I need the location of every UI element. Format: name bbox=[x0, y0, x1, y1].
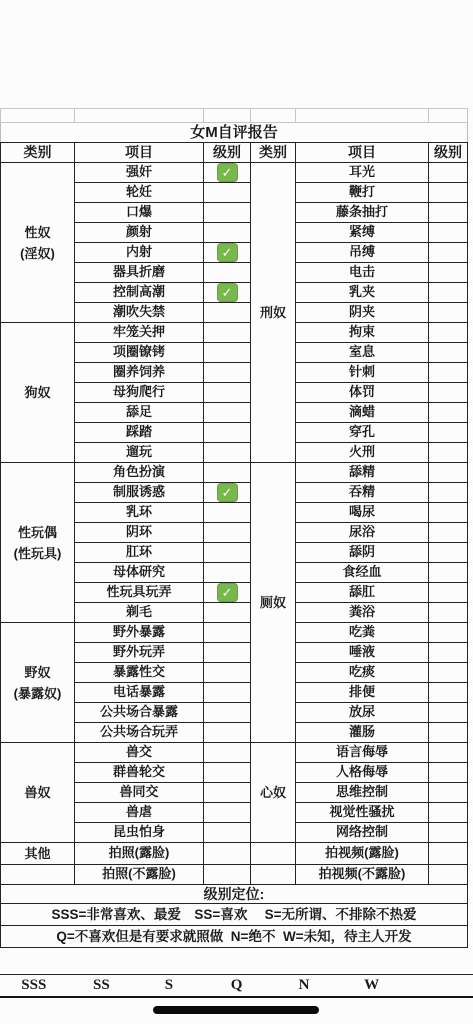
item-cell-right: 乳夹 bbox=[296, 283, 429, 303]
level-cell-right bbox=[429, 703, 468, 723]
page-title: 女M自评报告 bbox=[1, 123, 468, 143]
level-cell-right bbox=[429, 383, 468, 403]
level-cell-left bbox=[204, 343, 251, 363]
level-cell-right bbox=[429, 643, 468, 663]
level-cell-left: ✓ bbox=[204, 243, 251, 263]
self-evaluation-sheet: 女M自评报告 类别 项目 级别 类别 项目 级别 性奴(淫奴)强奸✓刑奴耳光轮妊… bbox=[0, 108, 467, 948]
level-cell-right bbox=[429, 323, 468, 343]
level-code-w: W bbox=[338, 977, 406, 994]
item-cell-right: 耳光 bbox=[296, 163, 429, 183]
table-row: 拍照(不露脸)拍视频(不露脸) bbox=[1, 865, 468, 885]
check-icon: ✓ bbox=[217, 283, 238, 302]
level-cell-right bbox=[429, 423, 468, 443]
level-cell-left bbox=[204, 763, 251, 783]
item-cell-left: 圈养饲养 bbox=[75, 363, 204, 383]
level-cell-right bbox=[429, 823, 468, 843]
spacer-cell bbox=[251, 109, 296, 123]
item-cell-left: 控制高潮 bbox=[75, 283, 204, 303]
level-cell-right bbox=[429, 723, 468, 743]
item-cell-right: 拍视频(不露脸) bbox=[296, 865, 429, 885]
item-cell-left: 内射 bbox=[75, 243, 204, 263]
item-cell-left: 兽同交 bbox=[75, 783, 204, 803]
table-row: 野奴(暴露奴)野外暴露吃粪 bbox=[1, 623, 468, 643]
item-cell-right: 视觉性骚扰 bbox=[296, 803, 429, 823]
column-header-category-right: 类别 bbox=[251, 143, 296, 163]
item-cell-left: 群兽轮交 bbox=[75, 763, 204, 783]
check-icon: ✓ bbox=[217, 163, 238, 182]
level-cell-right bbox=[429, 203, 468, 223]
level-cell-left bbox=[204, 523, 251, 543]
column-header-level-right: 级别 bbox=[429, 143, 468, 163]
item-cell-left: 兽交 bbox=[75, 743, 204, 763]
legend-row-1: SSS=非常喜欢、最爱 SS=喜欢 S=无所谓、不排除不热爱 bbox=[1, 904, 468, 926]
item-cell-left: 潮吹失禁 bbox=[75, 303, 204, 323]
check-icon: ✓ bbox=[217, 483, 238, 502]
level-definition-row: 级别定位: bbox=[1, 885, 468, 904]
item-cell-right: 紧缚 bbox=[296, 223, 429, 243]
item-cell-left: 拍照(露脸) bbox=[75, 843, 204, 865]
level-cell-right bbox=[429, 243, 468, 263]
level-cell-right bbox=[429, 663, 468, 683]
level-cell-left bbox=[204, 783, 251, 803]
category-cell-right: 厕奴 bbox=[251, 463, 296, 743]
item-cell-left: 遛玩 bbox=[75, 443, 204, 463]
item-cell-right: 人格侮辱 bbox=[296, 763, 429, 783]
level-cell-left bbox=[204, 803, 251, 823]
level-cell-left bbox=[204, 563, 251, 583]
level-cell-left bbox=[204, 543, 251, 563]
item-cell-right: 灌肠 bbox=[296, 723, 429, 743]
item-cell-right: 舔阴 bbox=[296, 543, 429, 563]
level-cell-right bbox=[429, 843, 468, 865]
category-cell-left: 其他 bbox=[1, 843, 75, 865]
level-cell-left bbox=[204, 683, 251, 703]
item-cell-right: 拍视频(露脸) bbox=[296, 843, 429, 865]
legend-row-2: Q=不喜欢但是有要求就照做 N=绝不 W=未知，待主人开发 bbox=[1, 926, 468, 948]
item-cell-right: 放尿 bbox=[296, 703, 429, 723]
category-cell-left: 性玩偶(性玩具) bbox=[1, 463, 75, 623]
item-cell-left: 踩踏 bbox=[75, 423, 204, 443]
item-cell-right: 鞭打 bbox=[296, 183, 429, 203]
level-cell-right bbox=[429, 803, 468, 823]
item-cell-left: 项圈镣铐 bbox=[75, 343, 204, 363]
table-row: 其他拍照(露脸)拍视频(露脸) bbox=[1, 843, 468, 865]
item-cell-right: 穿孔 bbox=[296, 423, 429, 443]
item-cell-right: 针刺 bbox=[296, 363, 429, 383]
item-cell-left: 母狗爬行 bbox=[75, 383, 204, 403]
item-cell-left: 乳环 bbox=[75, 503, 204, 523]
item-cell-left: 野外暴露 bbox=[75, 623, 204, 643]
category-cell-left: 兽奴 bbox=[1, 743, 75, 843]
level-cell-right bbox=[429, 783, 468, 803]
item-cell-left: 口爆 bbox=[75, 203, 204, 223]
item-cell-right: 喝尿 bbox=[296, 503, 429, 523]
spacer-row bbox=[1, 109, 468, 123]
level-cell-right bbox=[429, 403, 468, 423]
level-cell-left: ✓ bbox=[204, 163, 251, 183]
spacer-cell bbox=[429, 109, 468, 123]
level-code-n: N bbox=[270, 977, 338, 994]
category-cell-left: 狗奴 bbox=[1, 323, 75, 463]
item-cell-right: 舔肛 bbox=[296, 583, 429, 603]
level-cell-right bbox=[429, 363, 468, 383]
level-code-q: Q bbox=[203, 977, 271, 994]
level-cell-left bbox=[204, 443, 251, 463]
level-cell-left bbox=[204, 383, 251, 403]
item-cell-left: 肛环 bbox=[75, 543, 204, 563]
level-cell-left bbox=[204, 603, 251, 623]
level-cell-left bbox=[204, 263, 251, 283]
column-header-level-left: 级别 bbox=[204, 143, 251, 163]
level-legend-line-1: SSS=非常喜欢、最爱 SS=喜欢 S=无所谓、不排除不热爱 bbox=[1, 904, 468, 926]
item-cell-right: 思维控制 bbox=[296, 783, 429, 803]
level-definition-heading: 级别定位: bbox=[1, 885, 468, 904]
level-cell-right bbox=[429, 303, 468, 323]
item-cell-right: 语言侮辱 bbox=[296, 743, 429, 763]
item-cell-right: 滴蜡 bbox=[296, 403, 429, 423]
item-cell-left: 制服诱惑 bbox=[75, 483, 204, 503]
level-cell-left bbox=[204, 223, 251, 243]
level-code-ss: SS bbox=[68, 977, 136, 994]
level-cell-left bbox=[204, 203, 251, 223]
level-cell-right bbox=[429, 743, 468, 763]
level-code-s: S bbox=[135, 977, 203, 994]
item-cell-right: 藤条抽打 bbox=[296, 203, 429, 223]
item-cell-right: 粪浴 bbox=[296, 603, 429, 623]
title-row: 女M自评报告 bbox=[1, 123, 468, 143]
home-indicator[interactable] bbox=[153, 1006, 319, 1014]
item-cell-left: 器具折磨 bbox=[75, 263, 204, 283]
level-cell-right bbox=[429, 503, 468, 523]
item-cell-right: 体罚 bbox=[296, 383, 429, 403]
level-cell-right bbox=[429, 763, 468, 783]
level-cell-left bbox=[204, 463, 251, 483]
item-cell-left: 性玩具玩弄 bbox=[75, 583, 204, 603]
level-cell-left: ✓ bbox=[204, 483, 251, 503]
level-codes-row: SSS SS S Q N W bbox=[0, 974, 473, 998]
spacer-cell bbox=[204, 109, 251, 123]
item-cell-right: 吊缚 bbox=[296, 243, 429, 263]
level-cell-left bbox=[204, 623, 251, 643]
level-cell-left bbox=[204, 363, 251, 383]
item-cell-left: 颜射 bbox=[75, 223, 204, 243]
column-header-category-left: 类别 bbox=[1, 143, 75, 163]
column-header-item-left: 项目 bbox=[75, 143, 204, 163]
item-cell-right: 火刑 bbox=[296, 443, 429, 463]
category-cell-left bbox=[1, 865, 75, 885]
column-header-item-right: 项目 bbox=[296, 143, 429, 163]
level-cell-left bbox=[204, 823, 251, 843]
item-cell-left: 暴露性交 bbox=[75, 663, 204, 683]
item-cell-right: 吃粪 bbox=[296, 623, 429, 643]
table-top: 女M自评报告 类别 项目 级别 类别 项目 级别 bbox=[1, 109, 468, 163]
item-cell-left: 舔足 bbox=[75, 403, 204, 423]
table-row: 兽奴兽交心奴语言侮辱 bbox=[1, 743, 468, 763]
category-cell-right: 刑奴 bbox=[251, 163, 296, 463]
category-cell-right bbox=[251, 865, 296, 885]
level-cell-left bbox=[204, 663, 251, 683]
level-cell-right bbox=[429, 523, 468, 543]
level-code-sss: SSS bbox=[0, 977, 68, 994]
level-cell-left bbox=[204, 323, 251, 343]
item-cell-left: 电话暴露 bbox=[75, 683, 204, 703]
item-cell-left: 阴环 bbox=[75, 523, 204, 543]
category-cell-right: 心奴 bbox=[251, 743, 296, 843]
level-cell-right bbox=[429, 583, 468, 603]
level-cell-right bbox=[429, 483, 468, 503]
item-cell-left: 公共场合玩弄 bbox=[75, 723, 204, 743]
item-cell-right: 唾液 bbox=[296, 643, 429, 663]
level-legend-line-2: Q=不喜欢但是有要求就照做 N=绝不 W=未知，待主人开发 bbox=[1, 926, 468, 948]
level-cell-left bbox=[204, 303, 251, 323]
item-cell-right: 阴夹 bbox=[296, 303, 429, 323]
category-cell-right bbox=[251, 843, 296, 865]
level-cell-right bbox=[429, 683, 468, 703]
item-cell-left: 角色扮演 bbox=[75, 463, 204, 483]
level-cell-left bbox=[204, 183, 251, 203]
spacer-cell bbox=[75, 109, 204, 123]
item-cell-right: 网络控制 bbox=[296, 823, 429, 843]
item-cell-left: 强奸 bbox=[75, 163, 204, 183]
item-cell-left: 牢笼关押 bbox=[75, 323, 204, 343]
column-header-row: 类别 项目 级别 类别 项目 级别 bbox=[1, 143, 468, 163]
item-cell-left: 公共场合暴露 bbox=[75, 703, 204, 723]
table-row: 性玩偶(性玩具)角色扮演厕奴舔精 bbox=[1, 463, 468, 483]
level-cell-left bbox=[204, 743, 251, 763]
item-cell-right: 舔精 bbox=[296, 463, 429, 483]
level-cell-right bbox=[429, 623, 468, 643]
level-cell-right bbox=[429, 223, 468, 243]
level-cell-right bbox=[429, 443, 468, 463]
level-cell-right bbox=[429, 563, 468, 583]
item-cell-right: 吃痰 bbox=[296, 663, 429, 683]
category-cell-left: 野奴(暴露奴) bbox=[1, 623, 75, 743]
check-icon: ✓ bbox=[217, 583, 238, 602]
item-cell-right: 电击 bbox=[296, 263, 429, 283]
item-cell-left: 拍照(不露脸) bbox=[75, 865, 204, 885]
level-cell-left bbox=[204, 723, 251, 743]
item-cell-right: 排便 bbox=[296, 683, 429, 703]
level-cell-left bbox=[204, 403, 251, 423]
level-cell-right bbox=[429, 543, 468, 563]
spacer-cell bbox=[1, 109, 75, 123]
item-cell-right: 拘束 bbox=[296, 323, 429, 343]
table-row: 性奴(淫奴)强奸✓刑奴耳光 bbox=[1, 163, 468, 183]
level-cell-right bbox=[429, 263, 468, 283]
table-row: 狗奴牢笼关押拘束 bbox=[1, 323, 468, 343]
level-cell-right bbox=[429, 163, 468, 183]
level-cell-right bbox=[429, 463, 468, 483]
item-cell-right: 食经血 bbox=[296, 563, 429, 583]
item-cell-left: 昆虫怕身 bbox=[75, 823, 204, 843]
item-cell-left: 兽虐 bbox=[75, 803, 204, 823]
level-cell-right bbox=[429, 283, 468, 303]
level-cell-left: ✓ bbox=[204, 583, 251, 603]
table-footer: 级别定位: SSS=非常喜欢、最爱 SS=喜欢 S=无所谓、不排除不热爱 Q=不… bbox=[1, 885, 468, 948]
item-cell-right: 尿浴 bbox=[296, 523, 429, 543]
self-evaluation-table: 女M自评报告 类别 项目 级别 类别 项目 级别 性奴(淫奴)强奸✓刑奴耳光轮妊… bbox=[0, 108, 468, 948]
spacer-cell bbox=[296, 109, 429, 123]
item-cell-right: 吞精 bbox=[296, 483, 429, 503]
item-cell-left: 剃毛 bbox=[75, 603, 204, 623]
item-cell-left: 母体研究 bbox=[75, 563, 204, 583]
item-cell-right: 室息 bbox=[296, 343, 429, 363]
level-cell-left bbox=[204, 423, 251, 443]
category-cell-left: 性奴(淫奴) bbox=[1, 163, 75, 323]
level-cell-left bbox=[204, 865, 251, 885]
level-cell-right bbox=[429, 865, 468, 885]
level-cell-left bbox=[204, 703, 251, 723]
level-cell-right bbox=[429, 343, 468, 363]
item-cell-left: 轮妊 bbox=[75, 183, 204, 203]
table-body: 性奴(淫奴)强奸✓刑奴耳光轮妊鞭打口爆藤条抽打颜射紧缚内射✓吊缚器具折磨电击控制… bbox=[1, 163, 468, 885]
level-cell-left bbox=[204, 643, 251, 663]
level-cell-right bbox=[429, 603, 468, 623]
level-cell-left bbox=[204, 843, 251, 865]
item-cell-left: 野外玩弄 bbox=[75, 643, 204, 663]
level-cell-left bbox=[204, 503, 251, 523]
level-cell-left: ✓ bbox=[204, 283, 251, 303]
level-cell-right bbox=[429, 183, 468, 203]
check-icon: ✓ bbox=[217, 243, 238, 262]
